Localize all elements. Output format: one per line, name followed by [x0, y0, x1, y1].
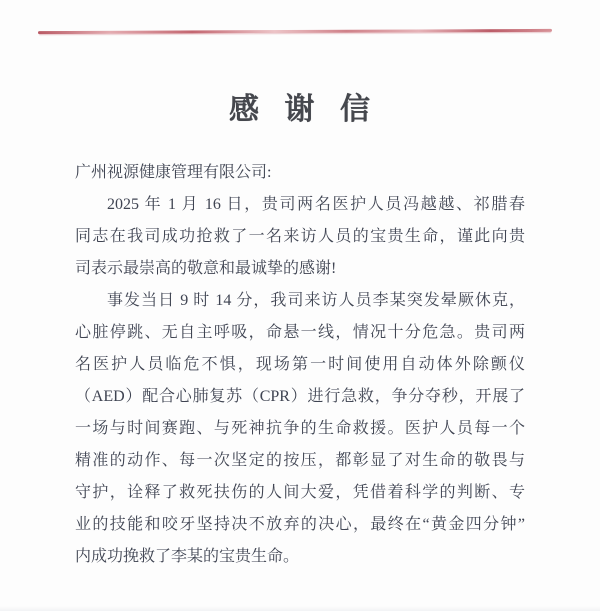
paragraph1-line-1: 2025 年 1 月 16 日，贵司两名医护人员冯越越、祁腊春 [75, 189, 525, 221]
paragraph2-line-1: 事发当日 9 时 14 分，我司来访人员李某突发晕厥休克， [75, 285, 525, 317]
letter-title: 感 谢 信 [4, 84, 600, 128]
paragraph1-line-3: 司表示最崇高的敬意和最诚挚的感谢! [75, 253, 525, 285]
thank-you-letter-page: 感 谢 信 广州视源健康管理有限公司: 2025 年 1 月 16 日，贵司两名… [0, 0, 600, 611]
letter-body: 广州视源健康管理有限公司: 2025 年 1 月 16 日，贵司两名医护人员冯越… [75, 157, 525, 573]
paragraph2-line-3: 名医护人员临危不惧，现场第一时间使用自动体外除颤仪 [75, 349, 525, 381]
paragraph2-line-9: 内成功挽救了李某的宝贵生命。 [75, 541, 525, 573]
paragraph2-line-6: 精准的动作、每一次坚定的按压，都彰显了对生命的敬畏与 [75, 445, 525, 477]
paragraph2-line-7: 守护，诠释了救死扶伤的人间大爱，凭借着科学的判断、专 [75, 477, 525, 509]
paragraph2-line-2: 心脏停跳、无自主呼吸，命悬一线，情况十分危急。贵司两 [75, 317, 525, 349]
top-red-rule [38, 29, 552, 34]
paragraph1-line-2: 同志在我司成功抢救了一名来访人员的宝贵生命，谨此向贵 [75, 221, 525, 253]
salutation: 广州视源健康管理有限公司: [75, 157, 525, 189]
paragraph2-line-4: （AED）配合心肺复苏（CPR）进行急救，争分夺秒，开展了 [75, 381, 525, 413]
paragraph2-line-5: 一场与时间赛跑、与死神抗争的生命救援。医护人员每一个 [75, 413, 525, 445]
paragraph2-line-8: 业的技能和咬牙坚持决不放弃的决心，最终在“黄金四分钟” [75, 509, 525, 541]
